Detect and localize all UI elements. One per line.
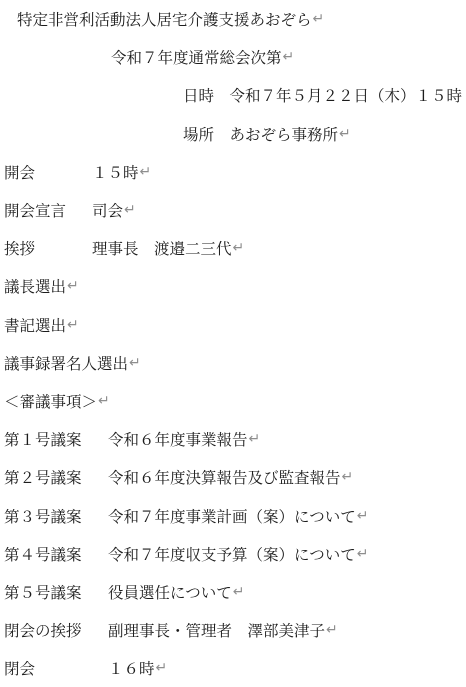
paragraph-mark-icon: ↵ — [357, 546, 369, 562]
agenda-line-opening-declaration[interactable]: 開会宣言司会↵ — [0, 191, 466, 229]
document-title: 特定非営利活動法人居宅介護支援あおぞら — [17, 8, 312, 30]
agenda-value: 司会 — [92, 199, 123, 221]
proposal-number: 第１号議案 — [4, 428, 108, 450]
paragraph-mark-icon: ↵ — [124, 202, 136, 218]
place-text: 場所 あおぞら事務所 — [183, 123, 338, 145]
proposal-title: 令和６年度事業報告 — [108, 428, 248, 450]
proposal-title: 令和７年度事業計画（案）について — [108, 505, 356, 527]
agenda-line-closing[interactable]: 閉会１６時↵ — [0, 649, 466, 687]
agenda-value: １５時 — [92, 161, 139, 183]
document-title-line[interactable]: 特定非営利活動法人居宅介護支援あおぞら↵ — [0, 0, 466, 38]
paragraph-mark-icon: ↵ — [342, 469, 354, 485]
agenda-line-chair-election[interactable]: 議長選出↵ — [0, 267, 466, 305]
paragraph-mark-icon: ↵ — [357, 508, 369, 524]
agenda-line-proposal-5[interactable]: 第５号議案役員選任について↵ — [0, 573, 466, 611]
agenda-line-proposal-2[interactable]: 第２号議案令和６年度決算報告及び監査報告↵ — [0, 458, 466, 496]
agenda-text: 議事録署名人選出 — [4, 352, 128, 374]
agenda-value: 副理事長・管理者 澤部美津子 — [108, 619, 325, 641]
agenda-line-closing-greeting[interactable]: 閉会の挨拶副理事長・管理者 澤部美津子↵ — [0, 611, 466, 649]
proposal-title: 令和６年度決算報告及び監査報告 — [108, 466, 341, 488]
paragraph-mark-icon: ↵ — [339, 126, 351, 142]
datetime-text: 日時 令和７年５月２２日（木）１５時 — [183, 84, 462, 106]
paragraph-mark-icon: ↵ — [233, 584, 245, 600]
paragraph-mark-icon: ↵ — [140, 164, 152, 180]
agenda-line-secretary-election[interactable]: 書記選出↵ — [0, 306, 466, 344]
paragraph-mark-icon: ↵ — [98, 393, 110, 409]
paragraph-mark-icon: ↵ — [283, 49, 295, 65]
proposal-number: 第５号議案 — [4, 581, 108, 603]
document-subtitle: 令和７年度通常総会次第 — [111, 46, 282, 68]
agenda-label: 閉会 — [4, 657, 108, 679]
agenda-line-greeting[interactable]: 挨拶理事長 渡邉二三代↵ — [0, 229, 466, 267]
agenda-value: １６時 — [108, 657, 155, 679]
agenda-label: 挨拶 — [4, 237, 92, 259]
paragraph-mark-icon: ↵ — [156, 660, 168, 676]
proposal-number: 第２号議案 — [4, 466, 108, 488]
agenda-label: 開会宣言 — [4, 199, 92, 221]
agenda-text: 書記選出 — [4, 314, 66, 336]
proposal-title: 令和７年度収支予算（案）について — [108, 543, 356, 565]
agenda-label: 閉会の挨拶 — [4, 619, 108, 641]
agenda-line-opening[interactable]: 開会１５時↵ — [0, 153, 466, 191]
paragraph-mark-icon: ↵ — [249, 431, 261, 447]
paragraph-mark-icon: ↵ — [313, 11, 325, 27]
paragraph-mark-icon: ↵ — [67, 317, 79, 333]
document-subtitle-line[interactable]: 令和７年度通常総会次第↵ — [0, 38, 466, 76]
paragraph-mark-icon: ↵ — [129, 355, 141, 371]
datetime-line[interactable]: 日時 令和７年５月２２日（木）１５時 — [0, 76, 466, 114]
proposal-title: 役員選任について — [108, 581, 232, 603]
section-heading-deliberation-items[interactable]: ＜審議事項＞↵ — [0, 382, 466, 420]
proposal-number: 第４号議案 — [4, 543, 108, 565]
agenda-value: 理事長 渡邉二三代 — [92, 237, 232, 259]
agenda-label: 開会 — [4, 161, 92, 183]
agenda-line-proposal-1[interactable]: 第１号議案令和６年度事業報告↵ — [0, 420, 466, 458]
agenda-line-proposal-3[interactable]: 第３号議案令和７年度事業計画（案）について↵ — [0, 496, 466, 534]
agenda-text: 議長選出 — [4, 275, 66, 297]
agenda-line-proposal-4[interactable]: 第４号議案令和７年度収支予算（案）について↵ — [0, 535, 466, 573]
paragraph-mark-icon: ↵ — [326, 622, 338, 638]
section-heading-text: ＜審議事項＞ — [4, 390, 97, 412]
paragraph-mark-icon: ↵ — [67, 278, 79, 294]
paragraph-mark-icon: ↵ — [233, 240, 245, 256]
proposal-number: 第３号議案 — [4, 505, 108, 527]
agenda-line-minutes-signer-election[interactable]: 議事録署名人選出↵ — [0, 344, 466, 382]
document-page[interactable]: 特定非営利活動法人居宅介護支援あおぞら↵ 令和７年度通常総会次第↵ 日時 令和７… — [0, 0, 466, 687]
place-line[interactable]: 場所 あおぞら事務所↵ — [0, 115, 466, 153]
